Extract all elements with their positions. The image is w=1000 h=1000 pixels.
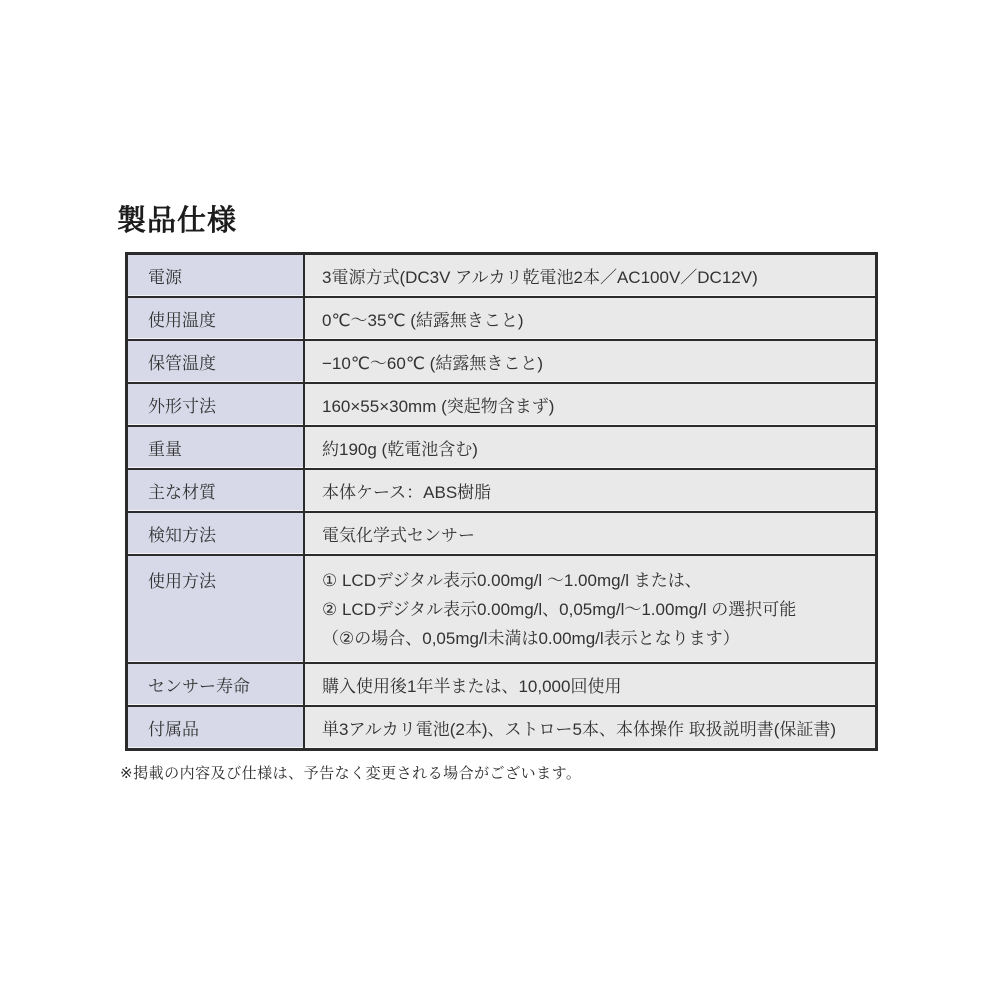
spec-value: 160×55×30mm (突起物含まず) [304, 383, 877, 426]
spec-label: 検知方法 [127, 512, 305, 555]
spec-label: 付属品 [127, 706, 305, 750]
table-row-sensor-life: センサー寿命 購入使用後1年半または、10,000回使用 [127, 663, 877, 706]
spec-value: 0℃～35℃ (結露無きこと) [304, 297, 877, 340]
spec-table: 電源 3電源方式(DC3V アルカリ乾電池2本／AC100V／DC12V) 使用… [125, 252, 878, 751]
page-title: 製品仕様 [117, 204, 237, 239]
table-row-storage-temp: 保管温度 −10℃～60℃ (結露無きこと) [127, 340, 877, 383]
spec-value: ① LCDデジタル表示0.00mg/l ～1.00mg/l または、 ② LCD… [304, 555, 877, 663]
spec-label: センサー寿命 [127, 663, 305, 706]
spec-label: 重量 [127, 426, 305, 469]
spec-label: 保管温度 [127, 340, 305, 383]
usage-line-2: ② LCDデジタル表示0.00mg/l、0,05mg/l～1.00mg/l の選… [322, 595, 865, 624]
footnote: ※掲載の内容及び仕様は、予告なく変更される場合がございます。 [120, 762, 581, 783]
spec-table-body: 電源 3電源方式(DC3V アルカリ乾電池2本／AC100V／DC12V) 使用… [127, 254, 877, 750]
usage-line-3: （②の場合、0,05mg/l未満は0.00mg/l表示となります） [322, 624, 865, 653]
spec-value: 電気化学式センサー [304, 512, 877, 555]
spec-value: 約190g (乾電池含む) [304, 426, 877, 469]
spec-sheet-page: 製品仕様 電源 3電源方式(DC3V アルカリ乾電池2本／AC100V／DC12… [0, 0, 1000, 1000]
spec-label: 外形寸法 [127, 383, 305, 426]
spec-value: 本体ケース：ABS樹脂 [304, 469, 877, 512]
spec-value: 単3アルカリ電池(2本)、ストロー5本、本体操作 取扱説明書(保証書) [304, 706, 877, 750]
spec-label: 使用温度 [127, 297, 305, 340]
spec-value: 3電源方式(DC3V アルカリ乾電池2本／AC100V／DC12V) [304, 254, 877, 298]
spec-value: −10℃～60℃ (結露無きこと) [304, 340, 877, 383]
table-row-material: 主な材質 本体ケース：ABS樹脂 [127, 469, 877, 512]
usage-line-1: ① LCDデジタル表示0.00mg/l ～1.00mg/l または、 [322, 566, 865, 595]
table-row-detection-method: 検知方法 電気化学式センサー [127, 512, 877, 555]
table-row-power: 電源 3電源方式(DC3V アルカリ乾電池2本／AC100V／DC12V) [127, 254, 877, 298]
spec-value: 購入使用後1年半または、10,000回使用 [304, 663, 877, 706]
table-row-dimensions: 外形寸法 160×55×30mm (突起物含まず) [127, 383, 877, 426]
table-row-operating-temp: 使用温度 0℃～35℃ (結露無きこと) [127, 297, 877, 340]
spec-label: 使用方法 [127, 555, 305, 663]
table-row-weight: 重量 約190g (乾電池含む) [127, 426, 877, 469]
spec-label: 主な材質 [127, 469, 305, 512]
table-row-usage-method: 使用方法 ① LCDデジタル表示0.00mg/l ～1.00mg/l または、 … [127, 555, 877, 663]
spec-label: 電源 [127, 254, 305, 298]
table-row-accessories: 付属品 単3アルカリ電池(2本)、ストロー5本、本体操作 取扱説明書(保証書) [127, 706, 877, 750]
